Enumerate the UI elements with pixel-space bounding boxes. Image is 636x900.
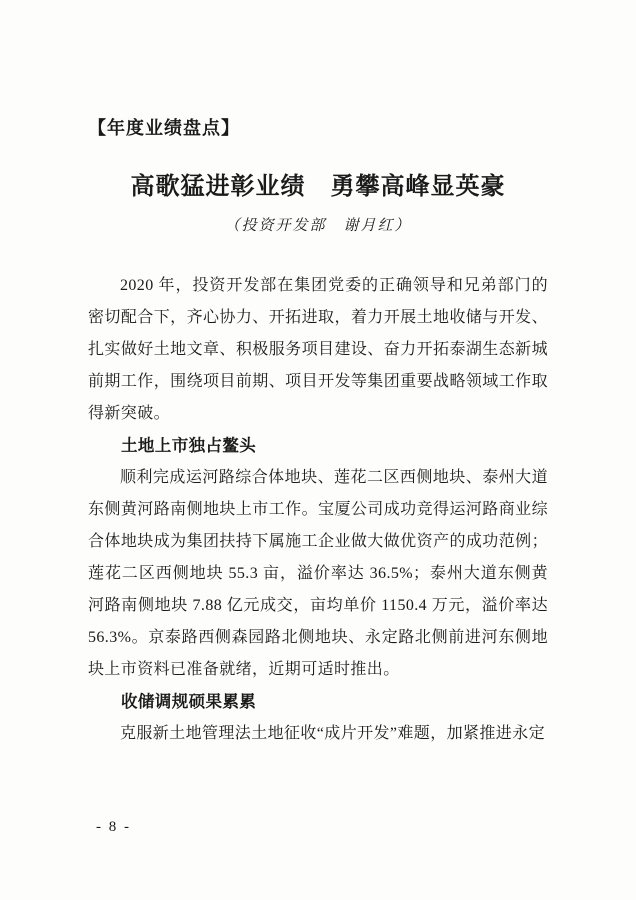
article-byline: （投资开发部 谢月红） <box>88 216 548 236</box>
page-number: - 8 - <box>96 819 131 836</box>
subheading-land-reserve: 收储调规硕果累累 <box>88 686 548 718</box>
subheading-land-listing: 土地上市独占鳌头 <box>88 430 548 462</box>
article-title: 高歌猛进彰业绩 勇攀高峰显英豪 <box>88 172 548 202</box>
document-content-column: 【年度业绩盘点】 高歌猛进彰业绩 勇攀高峰显英豪 （投资开发部 谢月红） 202… <box>88 0 548 750</box>
document-page: 【年度业绩盘点】 高歌猛进彰业绩 勇攀高峰显英豪 （投资开发部 谢月红） 202… <box>0 0 636 900</box>
paragraph-land-listing: 顺利完成运河路综合体地块、莲花二区西侧地块、泰州大道东侧黄河路南侧地块上市工作。… <box>88 462 548 686</box>
section-tag: 【年度业绩盘点】 <box>88 116 548 140</box>
paragraph-land-reserve: 克服新土地管理法土地征收“成片开发”难题，加紧推进永定 <box>88 718 548 750</box>
intro-paragraph: 2020 年，投资开发部在集团党委的正确领导和兄弟部门的密切配合下，齐心协力、开… <box>88 270 548 430</box>
